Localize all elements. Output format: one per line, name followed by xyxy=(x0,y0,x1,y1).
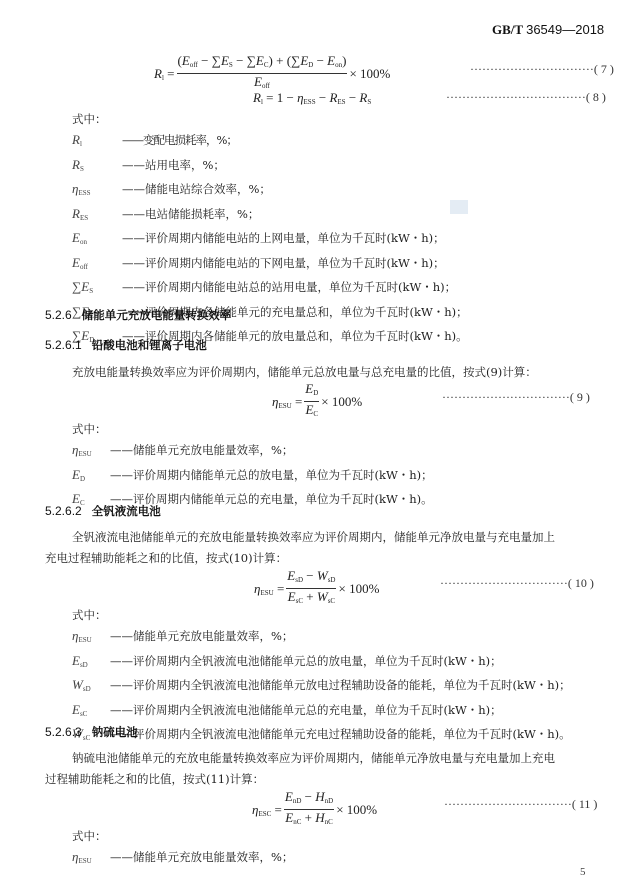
paragraph-line-1: 钠硫电池储能单元的充放电能量转换效率应为评价周期内，储能单元净放电量与充电量加上… xyxy=(72,748,555,769)
definition-item: ∑ES——评价周期内储能电站总的站用电量，单位为千瓦时(kW・h)； xyxy=(72,277,468,302)
definition-item: Eoff——评价周期内储能电站的下网电量，单位为千瓦时(kW・h)； xyxy=(72,253,468,278)
where-label: 式中： xyxy=(72,827,107,847)
equation-7-number: ·······························( 7 ) xyxy=(470,62,614,77)
equation-9: ηESU = EDEC × 100% xyxy=(272,382,362,421)
definition-item: Eon——评价周期内储能电站的上网电量，单位为千瓦时(kW・h)； xyxy=(72,228,468,253)
definition-item: Rl——变配电损耗率，%； xyxy=(72,130,468,155)
standard-code: GB/T 36549—2018 xyxy=(492,22,604,38)
definition-item: ηESU——储能单元充放电能量效率，%； xyxy=(72,440,433,465)
section-heading-5-2-6: 5.2.6储能单元充放电能量转换效率 xyxy=(45,307,231,323)
where-label: 式中： xyxy=(72,420,107,440)
where-label: 式中： xyxy=(72,606,107,626)
equation-10-number: ································( 10 ) xyxy=(440,576,594,591)
definition-item: RES——电站储能损耗率，%； xyxy=(72,204,468,229)
definition-list: ηESU——储能单元充放电能量效率，%； EsD——评价周期内全钒液流电池储能单… xyxy=(72,626,571,749)
standard-number: 36549—2018 xyxy=(526,22,604,37)
equation-11: ηESC = EnD − HnDEnC + HnC × 100% xyxy=(252,790,377,829)
paragraph-line-1: 全钒液流电池储能单元的充放电能量转换效率应为评价周期内，储能单元净放电量与充电量… xyxy=(72,527,555,548)
equation-8-number: ···································( 8 ) xyxy=(446,90,606,105)
definition-list: ηESU——储能单元充放电能量效率，%； xyxy=(72,847,293,872)
definition-item: ηESU——储能单元充放电能量效率，%； xyxy=(72,626,571,651)
paragraph-line-2: 过程辅助能耗之和的比值，按式(11)计算： xyxy=(45,769,264,790)
fraction: (Eoff − ∑ES − ∑EC) + (∑ED − Eon) Eoff xyxy=(177,54,348,93)
equation-11-number: ································( 11 ) xyxy=(444,797,597,812)
section-heading-5-2-6-1: 5.2.6.1铅酸电池和锂离子电池 xyxy=(45,337,207,353)
definition-item: WsC——评价周期内全钒液流电池储能单元充电过程辅助设备的能耗，单位为千瓦时(k… xyxy=(72,724,571,749)
section-heading-5-2-6-3: 5.2.6.3钠硫电池 xyxy=(45,724,138,740)
page-number: 5 xyxy=(580,866,586,878)
equation-7: Rl = (Eoff − ∑ES − ∑EC) + (∑ED − Eon) Eo… xyxy=(154,54,390,93)
definition-item: ηESU——储能单元充放电能量效率，%； xyxy=(72,847,293,872)
scan-artifact xyxy=(450,200,468,214)
definition-item: EsD——评价周期内全钒液流电池储能单元总的放电量，单位为千瓦时(kW・h)； xyxy=(72,651,571,676)
equation-8: Rl = 1 − ηESS − RES − RS xyxy=(253,90,371,106)
definition-item: ηESS——储能电站综合效率，%； xyxy=(72,179,468,204)
equation-10: ηESU = EsD − WsDEsC + WsC × 100% xyxy=(254,569,379,608)
paragraph: 充放电能量转换效率应为评价周期内，储能单元总放电量与总充电量的比值，按式(9)计… xyxy=(72,362,537,383)
section-heading-5-2-6-2: 5.2.6.2全钒液流电池 xyxy=(45,503,161,519)
definition-item: ED——评价周期内储能单元总的放电量，单位为千瓦时(kW・h)； xyxy=(72,465,433,490)
where-label: 式中： xyxy=(72,110,107,130)
definition-item: EsC——评价周期内全钒液流电池储能单元总的充电量，单位为千瓦时(kW・h)； xyxy=(72,700,571,725)
standard-prefix: GB/T xyxy=(492,22,523,37)
paragraph-line-2: 充电过程辅助能耗之和的比值，按式(10)计算： xyxy=(45,548,287,569)
equation-9-number: ································( 9 ) xyxy=(442,390,590,405)
definition-item: WsD——评价周期内全钒液流电池储能单元放电过程辅助设备的能耗，单位为千瓦时(k… xyxy=(72,675,571,700)
definition-item: RS——站用电率，%； xyxy=(72,155,468,180)
